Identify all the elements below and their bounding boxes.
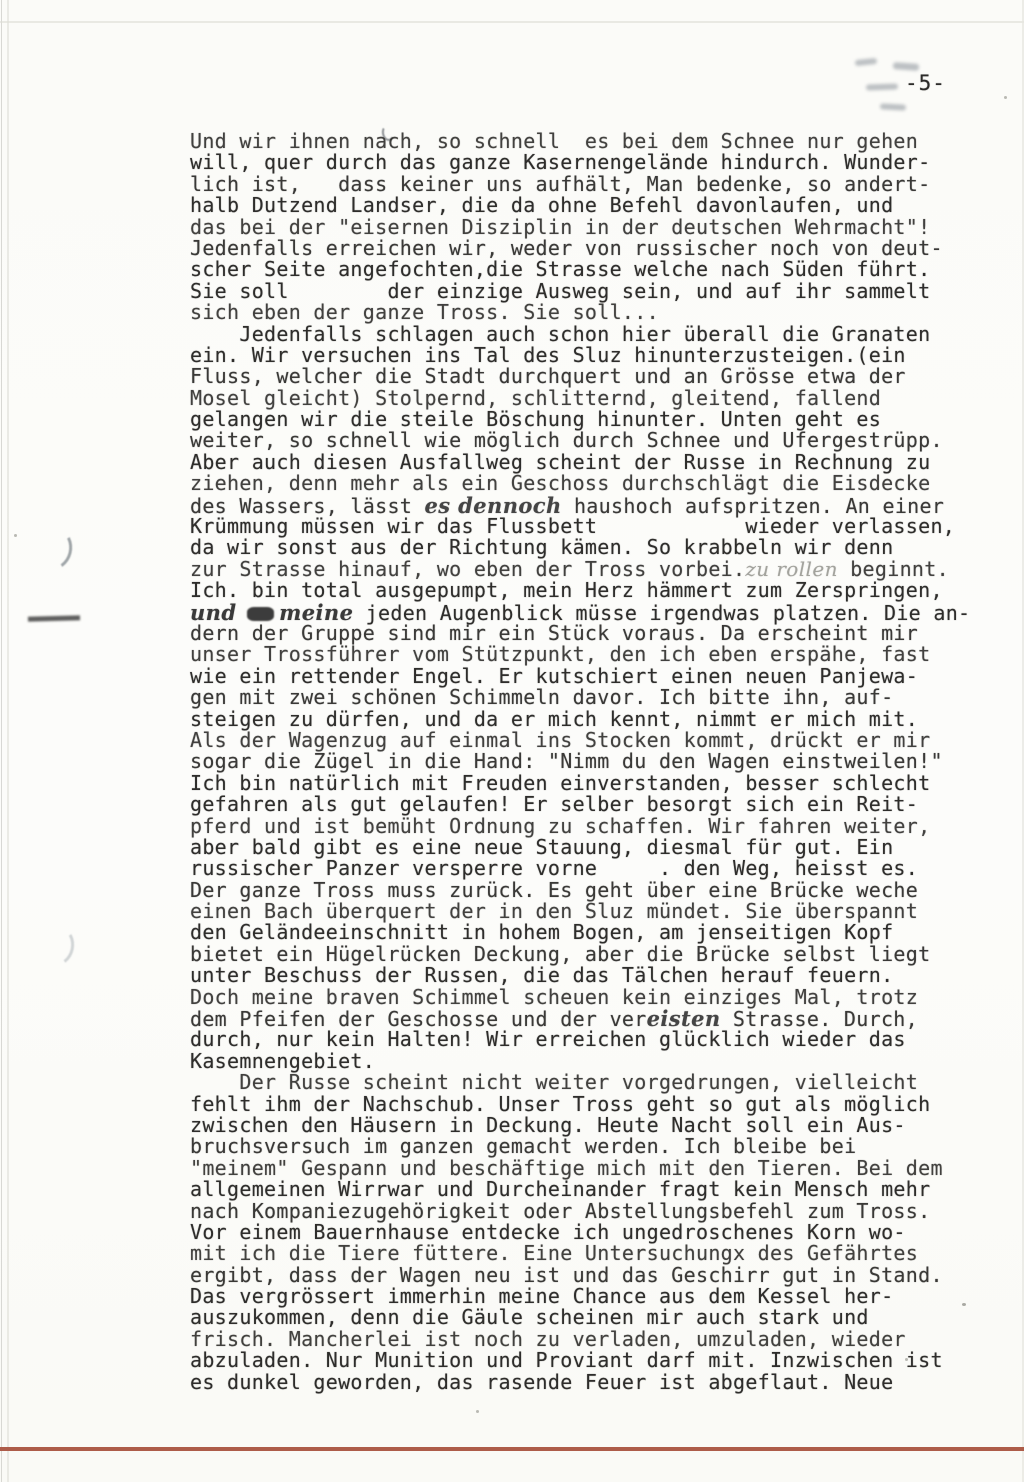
- typed-segment: will, quer durch das ganze Kasernengelän…: [190, 150, 930, 174]
- typed-segment: unter Beschuss der Russen, die das Tälch…: [190, 963, 893, 987]
- text-line: Der Russe scheint nicht weiter vorgedrun…: [190, 1072, 980, 1093]
- text-line: russischer Panzer versperre vorne . den …: [190, 858, 980, 879]
- paper-speck: [962, 1303, 966, 1306]
- text-line: und meine jeden Augenblick müsse irgendw…: [190, 602, 980, 623]
- text-line: Doch meine braven Schimmel scheuen kein …: [190, 987, 980, 1008]
- text-line: aber bald gibt es eine neue Stauung, die…: [190, 837, 980, 858]
- text-line: mit ich die Tiere füttere. Eine Untersuc…: [190, 1243, 980, 1264]
- text-line: wie ein rettender Engel. Er kutschiert e…: [190, 666, 980, 687]
- typed-segment: wie ein rettender Engel. Er kutschiert e…: [190, 664, 918, 688]
- text-line: bruchsversuch im ganzen gemacht werden. …: [190, 1136, 980, 1157]
- text-line: Und wir ihnen nach, so schnell es bei de…: [190, 131, 980, 152]
- text-line: es dunkel geworden, das rasende Feuer is…: [190, 1372, 980, 1393]
- typed-segment: den Geländeeinschnitt in hohem Bogen, am…: [190, 920, 893, 944]
- typed-segment: haushoch aufspritzen. An einer: [562, 494, 945, 518]
- handwritten-segment: eisten: [647, 1006, 721, 1031]
- typed-segment: ergibt, dass der Wagen neu ist und das G…: [190, 1263, 943, 1287]
- typed-segment: Jedenfalls erreichen wir, weder von russ…: [190, 236, 943, 260]
- scanned-document-page: -5- Und wir ihnen nach, so schnell es be…: [0, 0, 1024, 1482]
- text-line: pferd und ist bemüht Ordnung zu schaffen…: [190, 816, 980, 837]
- typed-segment: bietet ein Hügelrücken Deckung, aber die…: [190, 942, 930, 966]
- text-line: zwischen den Häusern in Deckung. Heute N…: [190, 1115, 980, 1136]
- text-line: Vor einem Bauernhause entdecke ich unged…: [190, 1222, 980, 1243]
- typed-segment: Fluss, welcher die Stadt durchquert und …: [190, 364, 906, 388]
- text-line: allgemeinen Wirrwar und Durcheinander fr…: [190, 1179, 980, 1200]
- text-line: steigen zu dürfen, und da er mich kennt,…: [190, 709, 980, 730]
- typed-segment: beginnt.: [838, 557, 949, 581]
- text-line: sich eben der ganze Tross. Sie soll...: [190, 302, 980, 323]
- typed-segment: zur Strasse hinauf, wo eben der Tross vo…: [190, 557, 745, 581]
- text-line: Das vergrössert immerhin meine Chance au…: [190, 1286, 980, 1307]
- ink-blot: [247, 607, 274, 621]
- typed-segment: fehlt ihm der Nachschub. Unser Tross geh…: [190, 1092, 930, 1116]
- text-line: da wir sonst aus der Richtung kämen. So …: [190, 537, 980, 558]
- typed-segment: Als der Wagenzug auf einmal ins Stocken …: [190, 728, 930, 752]
- text-line: Jedenfalls erreichen wir, weder von russ…: [190, 238, 980, 259]
- paper-speck: [1004, 96, 1007, 99]
- text-line: halb Dutzend Landser, die da ohne Befehl…: [190, 195, 980, 216]
- typed-segment: dern der Gruppe sind mir ein Stück vorau…: [190, 621, 918, 645]
- text-line: Fluss, welcher die Stadt durchquert und …: [190, 366, 980, 387]
- text-line: Als der Wagenzug auf einmal ins Stocken …: [190, 730, 980, 751]
- typed-segment: gen mit zwei schönen Schimmeln davor. Ic…: [190, 685, 893, 709]
- typed-segment: Kasemnengebiet.: [190, 1049, 375, 1073]
- typed-text-block: Und wir ihnen nach, so schnell es bei de…: [190, 131, 980, 1393]
- text-line: dern der Gruppe sind mir ein Stück vorau…: [190, 623, 980, 644]
- page-number: -5-: [905, 71, 946, 95]
- text-line: lich ist, dass keiner uns aufhält, Man b…: [190, 174, 980, 195]
- text-line: Aber auch diesen Ausfallweg scheint der …: [190, 452, 980, 473]
- text-line: will, quer durch das ganze Kasernengelän…: [190, 152, 980, 173]
- typed-segment: dem Pfeifen der Geschosse und der ver: [190, 1007, 647, 1031]
- typed-segment: sich eben der ganze Tross. Sie soll...: [190, 300, 659, 324]
- scan-edge-top-band: [0, 21, 1024, 23]
- typed-segment: pferd und ist bemüht Ordnung zu schaffen…: [190, 814, 930, 838]
- typed-segment: Vor einem Bauernhause entdecke ich unged…: [190, 1220, 906, 1244]
- typed-segment: das bei der "eisernen Disziplin in der d…: [190, 215, 930, 239]
- typed-segment: einen Bach überquert der in den Sluz mün…: [190, 899, 918, 923]
- typed-segment: allgemeinen Wirrwar und Durcheinander fr…: [190, 1177, 930, 1201]
- handwritten-segment: es dennoch: [424, 493, 561, 518]
- typed-segment: aber bald gibt es eine neue Stauung, die…: [190, 835, 893, 859]
- text-line: durch, nur kein Halten! Wir erreichen gl…: [190, 1029, 980, 1050]
- typed-segment: ein. Wir versuchen ins Tal des Sluz hinu…: [190, 343, 906, 367]
- typed-segment: "meinem" Gespann und beschäftige mich mi…: [190, 1156, 943, 1180]
- pencil-scribble-mark: [855, 58, 878, 66]
- typed-segment: Der Russe scheint nicht weiter vorgedrun…: [190, 1070, 918, 1094]
- text-line: zur Strasse hinauf, wo eben der Tross vo…: [190, 559, 980, 580]
- text-line: unter Beschuss der Russen, die das Tälch…: [190, 965, 980, 986]
- text-line: nach Kompaniezugehörigkeit oder Abstellu…: [190, 1201, 980, 1222]
- typed-segment: sogar die Zügel in die Hand: "Nimm du de…: [190, 749, 943, 773]
- text-line: einen Bach überquert der in den Sluz mün…: [190, 901, 980, 922]
- typed-segment: Ich bin natürlich mit Freuden einverstan…: [190, 771, 930, 795]
- scan-edge-left-shadow: [7, 0, 9, 1482]
- typed-segment: unser Trossführer vom Stützpunkt, den ic…: [190, 642, 930, 666]
- text-line: scher Seite angefochten,die Strasse welc…: [190, 259, 980, 280]
- punch-hole-mark-lower: [36, 923, 78, 969]
- text-line: den Geländeeinschnitt in hohem Bogen, am…: [190, 922, 980, 943]
- text-line: gelangen wir die steile Böschung hinunte…: [190, 409, 980, 430]
- text-line: Krümmung müssen wir das Flussbett wieder…: [190, 516, 980, 537]
- typed-segment: scher Seite angefochten,die Strasse welc…: [190, 257, 930, 281]
- text-line: ziehen, denn mehr als ein Geschoss durch…: [190, 473, 980, 494]
- typed-segment: ziehen, denn mehr als ein Geschoss durch…: [190, 471, 930, 495]
- typed-segment: es dunkel geworden, das rasende Feuer is…: [190, 1370, 893, 1394]
- typed-segment: lich ist, dass keiner uns aufhält, Man b…: [190, 172, 930, 196]
- text-line: Kasemnengebiet.: [190, 1051, 980, 1072]
- typed-segment: zwischen den Häusern in Deckung. Heute N…: [190, 1113, 906, 1137]
- text-line: gefahren als gut gelaufen! Er selber bes…: [190, 794, 980, 815]
- typed-segment: Mosel gleicht) Stolpernd, schlitternd, g…: [190, 386, 881, 410]
- text-line: Der ganze Tross muss zurück. Es geht übe…: [190, 880, 980, 901]
- paper-speck: [476, 1410, 479, 1413]
- pencil-scribble-mark: [866, 83, 898, 90]
- typed-segment: auszukommen, denn die Gäule scheinen mir…: [190, 1305, 869, 1329]
- text-line: des Wassers, lässt es dennoch haushoch a…: [190, 495, 980, 516]
- typed-segment: Das vergrössert immerhin meine Chance au…: [190, 1284, 893, 1308]
- typed-segment: gefahren als gut gelaufen! Er selber bes…: [190, 792, 918, 816]
- text-line: abzuladen. Nur Munition und Proviant dar…: [190, 1350, 980, 1371]
- text-line: weiter, so schnell wie möglich durch Sch…: [190, 430, 980, 451]
- text-line: "meinem" Gespann und beschäftige mich mi…: [190, 1158, 980, 1179]
- pencil-scribble-mark: [893, 62, 919, 71]
- text-line: ergibt, dass der Wagen neu ist und das G…: [190, 1265, 980, 1286]
- typed-segment: Strasse. Durch,: [721, 1007, 918, 1031]
- typed-segment: Ich. bin total ausgepumpt, mein Herz häm…: [190, 578, 943, 602]
- text-line: sogar die Zügel in die Hand: "Nimm du de…: [190, 751, 980, 772]
- scan-edge-left-line: [1, 0, 2, 1482]
- text-line: Mosel gleicht) Stolpernd, schlitternd, g…: [190, 388, 980, 409]
- text-line: dem Pfeifen der Geschosse und der vereis…: [190, 1008, 980, 1029]
- text-line: auszukommen, denn die Gäule scheinen mir…: [190, 1307, 980, 1328]
- typed-segment: nach Kompaniezugehörigkeit oder Abstellu…: [190, 1199, 930, 1223]
- paper-speck: [14, 534, 17, 537]
- typed-segment: russischer Panzer versperre vorne . den …: [190, 856, 918, 880]
- typed-segment: gelangen wir die steile Böschung hinunte…: [190, 407, 881, 431]
- pencil-scribble-mark: [880, 103, 906, 110]
- typed-segment: Sie soll der einzige Ausweg sein, und au…: [190, 279, 930, 303]
- text-line: Ich. bin total ausgepumpt, mein Herz häm…: [190, 580, 980, 601]
- text-line: Jedenfalls schlagen auch schon hier über…: [190, 324, 980, 345]
- typed-segment: Aber auch diesen Ausfallweg scheint der …: [190, 450, 930, 474]
- text-line: frisch. Mancherlei ist noch zu verladen,…: [190, 1329, 980, 1350]
- text-line: bietet ein Hügelrücken Deckung, aber die…: [190, 944, 980, 965]
- typed-segment: Doch meine braven Schimmel scheuen kein …: [190, 985, 918, 1009]
- typed-segment: Der ganze Tross muss zurück. Es geht übe…: [190, 878, 918, 902]
- handwritten-segment-light: zu rollen: [745, 557, 838, 581]
- text-line: Ich bin natürlich mit Freuden einverstan…: [190, 773, 980, 794]
- typed-segment: abzuladen. Nur Munition und Proviant dar…: [190, 1348, 943, 1372]
- text-line: fehlt ihm der Nachschub. Unser Tross geh…: [190, 1094, 980, 1115]
- paper-speck: [905, 1358, 908, 1361]
- typed-segment: Und wir ihnen nach, so schnell es bei de…: [190, 129, 918, 153]
- text-line: das bei der "eisernen Disziplin in der d…: [190, 217, 980, 238]
- text-line: unser Trossführer vom Stützpunkt, den ic…: [190, 644, 980, 665]
- text-line: gen mit zwei schönen Schimmeln davor. Ic…: [190, 687, 980, 708]
- ink-smudge-mark: [28, 615, 80, 621]
- bottom-margin-rule: [0, 1447, 1024, 1451]
- typed-segment: halb Dutzend Landser, die da ohne Befehl…: [190, 193, 893, 217]
- typed-segment: Jedenfalls schlagen auch schon hier über…: [190, 322, 930, 346]
- typed-segment: da wir sonst aus der Richtung kämen. So …: [190, 535, 893, 559]
- text-line: Sie soll der einzige Ausweg sein, und au…: [190, 281, 980, 302]
- typed-segment: mit ich die Tiere füttere. Eine Untersuc…: [190, 1241, 918, 1265]
- typed-segment: bruchsversuch im ganzen gemacht werden. …: [190, 1134, 856, 1158]
- typed-segment: weiter, so schnell wie möglich durch Sch…: [190, 428, 943, 452]
- typed-segment: des Wassers, lässt: [190, 494, 424, 518]
- typed-segment: frisch. Mancherlei ist noch zu verladen,…: [190, 1327, 906, 1351]
- typed-segment: steigen zu dürfen, und da er mich kennt,…: [190, 707, 918, 731]
- text-line: ein. Wir versuchen ins Tal des Sluz hinu…: [190, 345, 980, 366]
- punch-hole-mark-upper: [31, 524, 76, 573]
